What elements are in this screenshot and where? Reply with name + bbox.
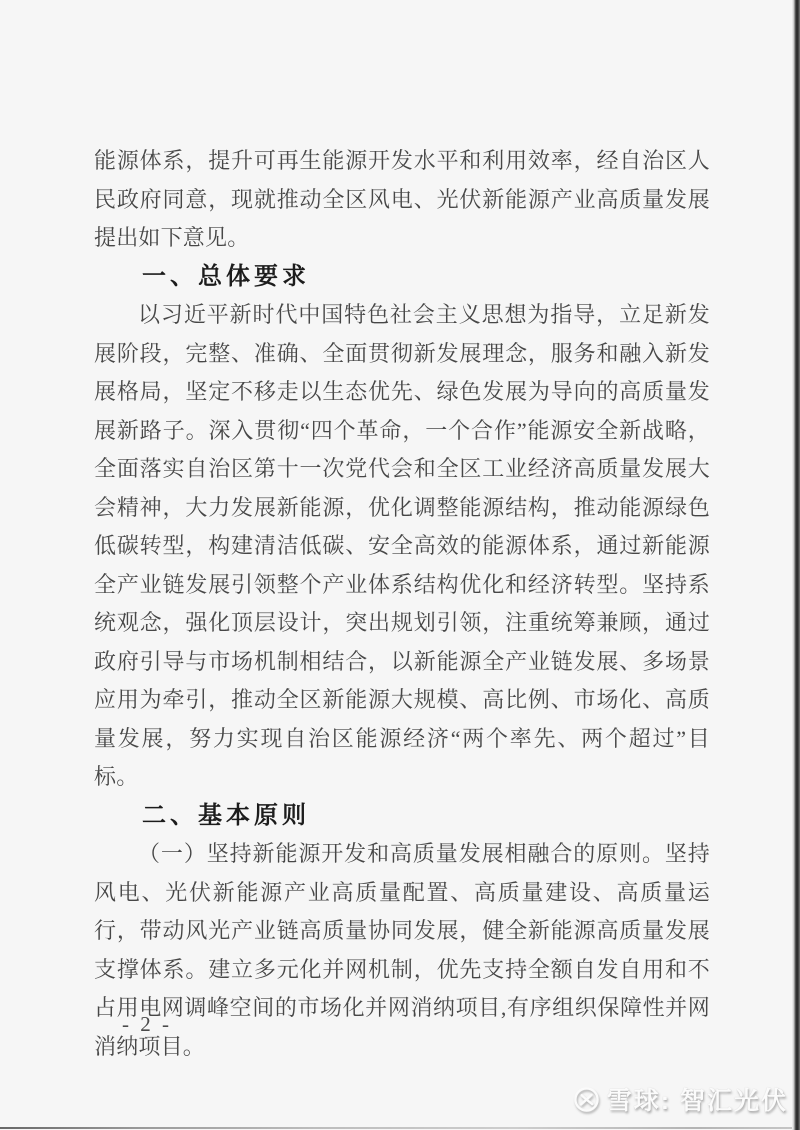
scan-edge-right bbox=[792, 0, 800, 1130]
watermark: 雪球: 智汇光伏 bbox=[573, 1081, 788, 1117]
paragraph-basic-principle-1: （一）坚持新能源开发和高质量发展相融合的原则。坚持风电、光伏新能源产业高质量配置… bbox=[94, 835, 710, 1066]
paragraph-intro-continued: 能源体系，提升可再生能源开发水平和利用效率，经自治区人民政府同意，现就推动全区风… bbox=[94, 142, 710, 258]
section-heading-basic-principles: 二、基本原则 bbox=[94, 797, 710, 836]
scan-edge-bottom bbox=[0, 1127, 792, 1130]
page-number: - 2 - bbox=[122, 1012, 172, 1037]
watermark-text: 雪球: 智汇光伏 bbox=[607, 1081, 788, 1117]
document-body: 能源体系，提升可再生能源开发水平和利用效率，经自治区人民政府同意，现就推动全区风… bbox=[94, 142, 710, 1066]
scanned-document-page: 能源体系，提升可再生能源开发水平和利用效率，经自治区人民政府同意，现就推动全区风… bbox=[0, 0, 800, 1130]
xueqiu-logo-icon bbox=[573, 1086, 600, 1113]
section-heading-overall-requirements: 一、总体要求 bbox=[94, 258, 710, 297]
paragraph-overall-requirements: 以习近平新时代中国特色社会主义思想为指导，立足新发展阶段，完整、准确、全面贯彻新… bbox=[94, 296, 710, 797]
